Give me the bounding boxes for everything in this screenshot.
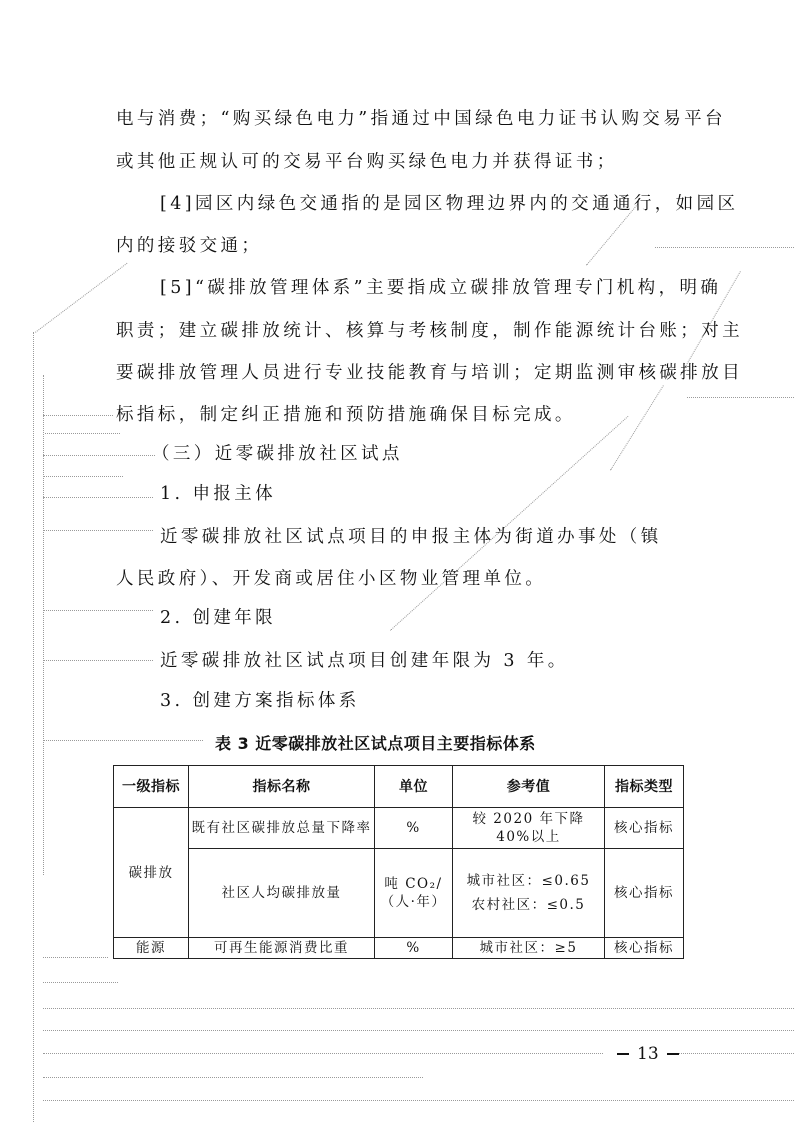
level1-cell: 能源: [114, 938, 189, 959]
table-row: 社区人均碳排放量 吨 CO₂/（人·年） 城市社区：≤0.65 农村社区：≤0.…: [114, 849, 684, 938]
page-number-value: 13: [637, 1044, 659, 1064]
dotted-artifact: [655, 247, 794, 248]
reference-value-cell: 较 2020 年下降 40%以上: [453, 808, 605, 849]
dash-decoration: [617, 1053, 629, 1055]
subsection-body: 近零碳排放社区试点项目创建年限为 3 年。: [160, 650, 569, 672]
dotted-artifact: [43, 957, 108, 958]
dotted-artifact: [610, 385, 664, 470]
paragraph-line: 或其他正规认可的交易平台购买绿色电力并获得证书；: [116, 151, 618, 173]
subsection-heading-2: 2. 创建年限: [160, 607, 276, 629]
unit-cell: 吨 CO₂/（人·年）: [375, 849, 453, 938]
dotted-artifact: [43, 1077, 423, 1078]
dotted-artifact: [43, 1030, 794, 1031]
dotted-artifact: [43, 476, 123, 477]
indicator-name-cell: 可再生能源消费比重: [189, 938, 375, 959]
table-caption: 表 3 近零碳排放社区试点项目主要指标体系: [215, 731, 536, 754]
dotted-artifact: [43, 455, 155, 456]
column-header: 指标名称: [189, 766, 375, 808]
document-page: 电与消费；“购买绿色电力”指通过中国绿色电力证书认购交易平台 或其他正规认可的交…: [0, 0, 794, 1123]
paragraph-line: 电与消费；“购买绿色电力”指通过中国绿色电力证书认购交易平台: [116, 108, 726, 130]
reference-value-urban: 城市社区：≤0.65: [455, 872, 602, 890]
column-header: 参考值: [453, 766, 605, 808]
table-row: 能源 可再生能源消费比重 % 城市社区：≥5 核心指标: [114, 938, 684, 959]
dotted-artifact: [43, 1008, 794, 1009]
dash-decoration: [667, 1053, 679, 1055]
footnote-5-line: 要碳排放管理人员进行专业技能教育与培训；定期监测审核碳排放目: [116, 362, 743, 384]
level1-cell: 碳排放: [114, 808, 189, 938]
dotted-artifact: [43, 660, 153, 661]
footnote-4-line: 内的接驳交通；: [116, 235, 262, 257]
column-header: 单位: [375, 766, 453, 808]
dotted-artifact: [43, 982, 118, 983]
footnote-4-line: [4]园区内绿色交通指的是园区物理边界内的交通通行，如园区: [160, 193, 738, 215]
indicator-type-cell: 核心指标: [605, 849, 684, 938]
reference-value-cell: 城市社区：≥5: [453, 938, 605, 959]
dotted-artifact: [43, 415, 113, 416]
subsection-body: 人民政府）、开发商或居住小区物业管理单位。: [116, 568, 546, 590]
reference-value-cell: 城市社区：≤0.65 农村社区：≤0.5: [453, 849, 605, 938]
indicator-table: 一级指标 指标名称 单位 参考值 指标类型 碳排放 既有社区碳排放总量下降率 %…: [113, 765, 684, 959]
dotted-artifact: [43, 497, 153, 498]
dotted-artifact: [43, 1053, 603, 1054]
unit-cell: %: [375, 938, 453, 959]
dotted-artifact: [43, 1100, 794, 1101]
dotted-artifact: [33, 332, 34, 1122]
table-header-row: 一级指标 指标名称 单位 参考值 指标类型: [114, 766, 684, 808]
footnote-5-line: [5]“碳排放管理体系”主要指成立碳排放管理专门机构，明确: [160, 277, 721, 299]
page-number: 13: [617, 1044, 679, 1064]
footnote-5-line: 职责；建立碳排放统计、核算与考核制度，制作能源统计台账；对主: [116, 320, 743, 342]
dotted-artifact: [35, 263, 127, 333]
subsection-heading-1: 1. 申报主体: [160, 483, 276, 505]
dotted-artifact: [45, 433, 120, 434]
dotted-artifact: [43, 740, 203, 741]
dotted-artifact: [43, 375, 44, 875]
subsection-body: 近零碳排放社区试点项目的申报主体为街道办事处（镇: [160, 526, 662, 548]
section-heading: （三）近零碳排放社区试点: [152, 443, 403, 465]
indicator-type-cell: 核心指标: [605, 808, 684, 849]
reference-value-rural: 农村社区：≤0.5: [455, 896, 602, 914]
unit-cell: %: [375, 808, 453, 849]
dotted-artifact: [43, 530, 153, 531]
footnote-5-line: 标指标，制定纠正措施和预防措施确保目标完成。: [116, 404, 576, 426]
subsection-heading-3: 3. 创建方案指标体系: [160, 690, 360, 712]
indicator-name-cell: 社区人均碳排放量: [189, 849, 375, 938]
indicator-name-cell: 既有社区碳排放总量下降率: [189, 808, 375, 849]
column-header: 指标类型: [605, 766, 684, 808]
indicator-type-cell: 核心指标: [605, 938, 684, 959]
dotted-artifact: [670, 1053, 794, 1054]
dotted-artifact: [390, 416, 628, 631]
table-row: 碳排放 既有社区碳排放总量下降率 % 较 2020 年下降 40%以上 核心指标: [114, 808, 684, 849]
column-header: 一级指标: [114, 766, 189, 808]
dotted-artifact: [687, 397, 794, 398]
dotted-artifact: [43, 610, 153, 611]
